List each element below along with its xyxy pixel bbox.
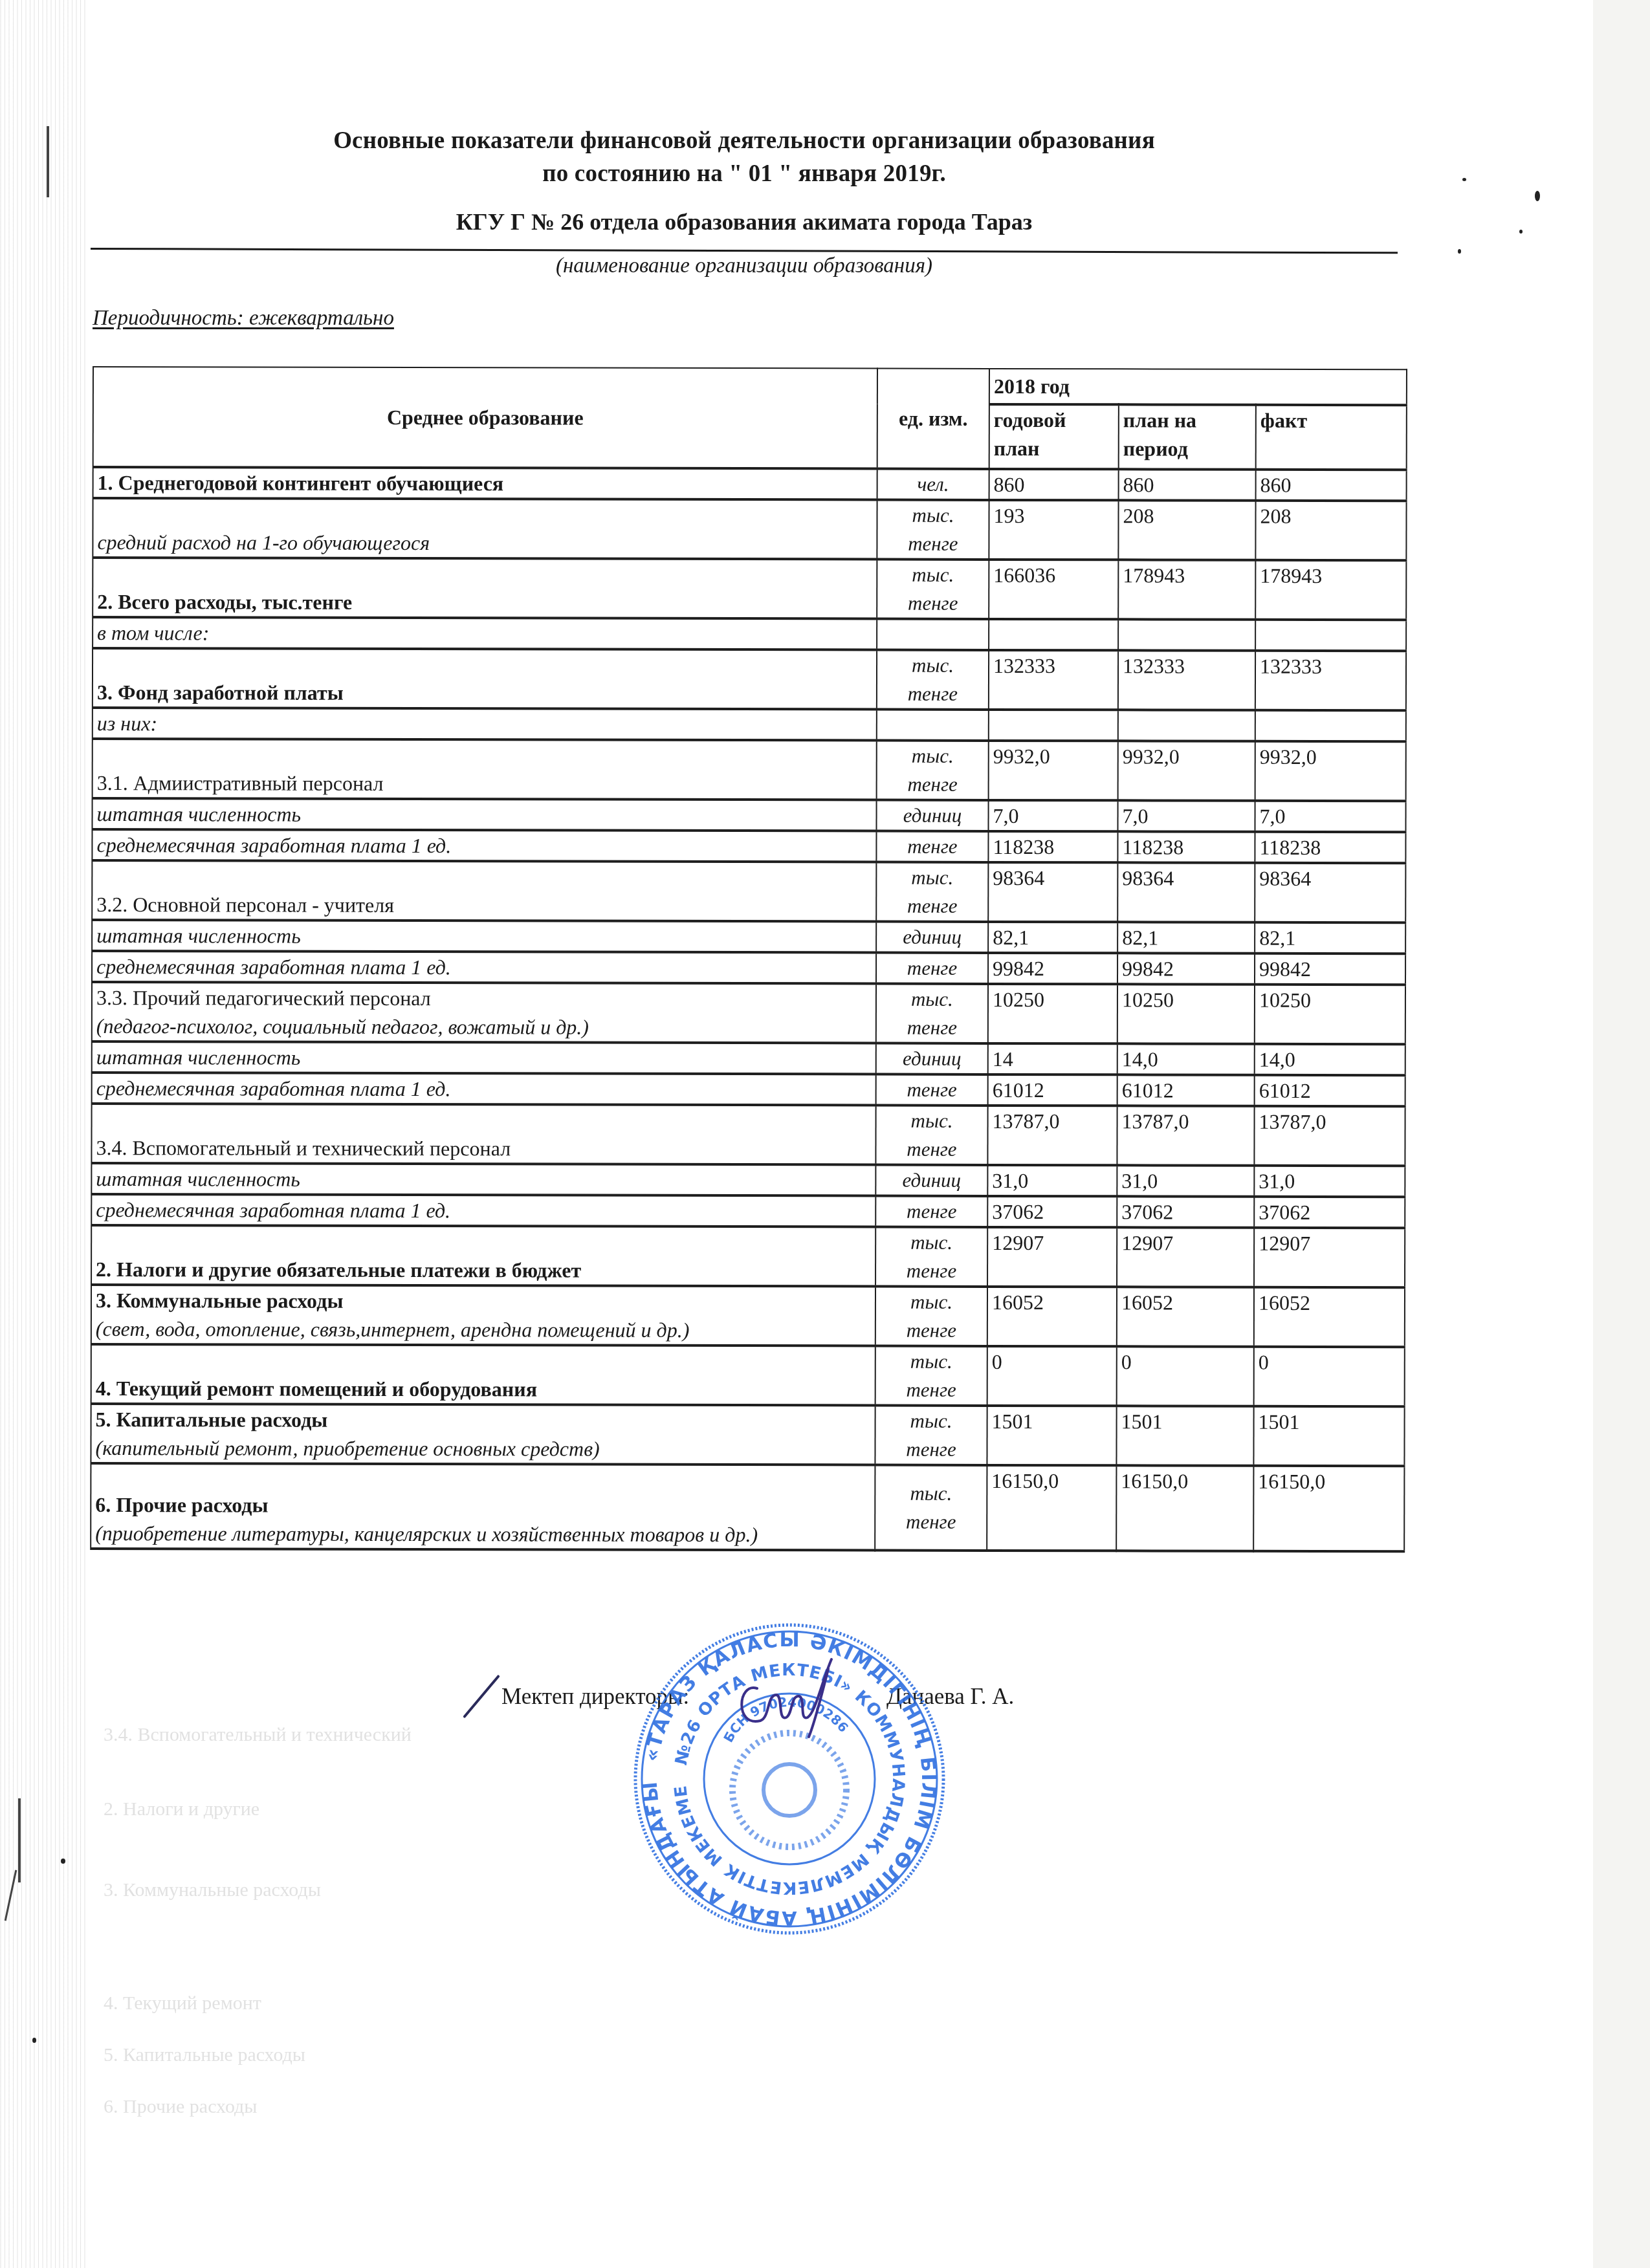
header-annual-plan: годовой план (989, 404, 1119, 469)
value-period-plan: 13787,0 (1117, 1106, 1254, 1165)
row-unit: тенге (876, 953, 988, 984)
row-label: 2. Всего расходы, тыс.тенге (93, 558, 877, 619)
row-label-text: 2. Всего расходы, тыс.тенге (97, 590, 352, 614)
organization-caption: (наименование организации образования) (0, 254, 1488, 278)
row-label: 3. Коммунальные расходы(свет, вода, отоп… (91, 1285, 875, 1346)
row-label-text: штатная численность (97, 802, 302, 826)
row-label: штатная численность (93, 798, 877, 831)
value-annual-plan: 193 (989, 500, 1118, 560)
row-unit: тыс. тенге (877, 500, 989, 560)
value-annual-plan: 9932,0 (989, 741, 1118, 800)
header-period-plan: план на период (1119, 404, 1256, 469)
value-period-plan: 12907 (1117, 1227, 1254, 1287)
value-actual: 12907 (1254, 1228, 1405, 1287)
row-unit: тыс. тенге (875, 1406, 987, 1465)
row-label: штатная численность (92, 1041, 876, 1074)
document-title: Основные показатели финансовой деятельно… (0, 127, 1488, 155)
value-actual: 860 (1256, 470, 1407, 501)
row-label-text: среднемесячная заработная плата 1 ед. (96, 1198, 450, 1222)
row-label: 3.2. Основной персонал - учителя (92, 860, 876, 922)
row-note: (свет, вода, отопление, связь,интернет, … (96, 1314, 871, 1345)
value-annual-plan: 37062 (987, 1196, 1117, 1227)
value-period-plan (1118, 710, 1255, 741)
row-unit: тенге (876, 1074, 988, 1106)
row-unit: тенге (875, 1196, 987, 1227)
value-actual: 1501 (1253, 1406, 1404, 1466)
value-period-plan: 61012 (1117, 1074, 1255, 1106)
row-unit: тенге (876, 831, 988, 862)
row-label-text: среднемесячная заработная плата 1 ед. (96, 833, 451, 857)
bleed-through-text: 2. Налоги и другие (104, 1798, 259, 1820)
value-actual: 37062 (1254, 1197, 1405, 1228)
row-label-text: средний расход на 1-го обучающегося (97, 530, 430, 554)
value-period-plan: 132333 (1118, 650, 1255, 710)
value-period-plan: 7,0 (1117, 800, 1255, 831)
value-annual-plan: 13787,0 (987, 1106, 1117, 1165)
table-row: в том числе: (93, 617, 1406, 651)
row-unit: единиц (875, 1165, 987, 1196)
value-annual-plan: 1501 (987, 1406, 1116, 1465)
value-period-plan: 118238 (1117, 831, 1255, 862)
scanned-page: 3.4. Вспомогательный и технический 2. На… (0, 0, 1593, 2268)
value-annual-plan: 118238 (988, 831, 1117, 862)
table-body: 1. Среднегодовой контингент обучающиесяч… (91, 467, 1407, 1551)
row-label: из них: (93, 708, 877, 741)
financial-indicators-table: Среднее образование ед. изм. 2018 год го… (90, 366, 1407, 1553)
scan-artifact (18, 1798, 21, 1882)
scanner-noise-strip (0, 0, 87, 2268)
table-row: штатная численностьединиц82,182,182,1 (92, 920, 1405, 954)
row-note: (педагог-психолог, социальный педагог, в… (96, 1012, 872, 1042)
table-row: штатная численностьединиц7,07,07,0 (93, 798, 1406, 832)
row-label: 6. Прочие расходы(приобретение литератур… (91, 1463, 875, 1551)
value-annual-plan: 0 (987, 1346, 1117, 1406)
row-label-text: штатная численность (96, 924, 301, 948)
row-unit: чел. (877, 469, 989, 500)
table-row: 4. Текущий ремонт помещений и оборудован… (91, 1344, 1405, 1406)
bleed-through-text: 5. Капитальные расходы (104, 2044, 305, 2066)
header-year: 2018 год (989, 369, 1407, 405)
value-actual: 82,1 (1255, 922, 1405, 954)
row-unit (877, 710, 989, 741)
row-label: 3. Фонд заработной платы (93, 648, 877, 710)
row-label-text: 3.2. Основной персонал - учителя (96, 893, 394, 917)
table-row: средний расход на 1-го обучающегосятыс. … (93, 498, 1406, 560)
row-label-text: 5. Капитальные расходы (96, 1408, 328, 1432)
value-annual-plan: 132333 (989, 650, 1118, 710)
table-row: среднемесячная заработная плата 1 ед.тен… (91, 1194, 1405, 1228)
row-label: в том числе: (93, 617, 877, 650)
row-label: среднемесячная заработная плата 1 ед. (91, 1194, 875, 1227)
periodicity-label: Периодичность: ежеквартально (93, 307, 394, 331)
value-annual-plan: 860 (989, 469, 1119, 500)
value-annual-plan: 16052 (987, 1287, 1117, 1346)
value-annual-plan: 98364 (988, 862, 1117, 922)
table-row: 3. Фонд заработной платытыс. тенге132333… (93, 648, 1406, 710)
row-label-text: 1. Среднегодовой контингент обучающиеся (98, 471, 504, 495)
value-annual-plan: 166036 (989, 560, 1118, 619)
table-row: среднемесячная заработная плата 1 ед.тен… (92, 951, 1405, 985)
table-row: из них: (93, 708, 1406, 741)
row-unit: тыс. тенге (877, 560, 989, 619)
value-period-plan: 178943 (1118, 560, 1255, 619)
row-label-text: 3. Коммунальные расходы (96, 1289, 343, 1313)
value-annual-plan: 14 (988, 1043, 1117, 1074)
value-period-plan: 0 (1117, 1346, 1254, 1406)
organization-underline (91, 248, 1398, 254)
table-row: 2. Всего расходы, тыс.тенгетыс. тенге166… (93, 558, 1406, 620)
row-unit: тыс. тенге (875, 1346, 987, 1406)
row-unit: тыс. тенге (875, 1106, 987, 1165)
row-unit: тыс. тенге (876, 984, 988, 1043)
value-actual: 31,0 (1254, 1166, 1405, 1197)
row-label: 5. Капитальные расходы(капительный ремон… (91, 1404, 875, 1465)
value-actual: 13787,0 (1254, 1106, 1405, 1166)
value-actual (1255, 620, 1406, 651)
row-label-text: 6. Прочие расходы (95, 1493, 268, 1517)
handwritten-signature-icon (731, 1656, 848, 1740)
value-actual: 132333 (1255, 651, 1406, 710)
row-label-text: штатная численность (96, 1167, 300, 1191)
bleed-through-text: 6. Прочие расходы (104, 2096, 258, 2118)
row-label: 3.1. Адмиистративный персонал (93, 739, 877, 800)
value-period-plan: 208 (1118, 500, 1255, 560)
value-actual: 16150,0 (1253, 1466, 1404, 1551)
row-unit: единиц (876, 922, 988, 953)
row-unit: тыс. тенге (877, 741, 989, 800)
row-label-text: среднемесячная заработная плата 1 ед. (96, 955, 451, 979)
row-unit: тыс. тенге (875, 1465, 987, 1551)
table-row: 3.3. Прочий педагогический персонал(педа… (92, 982, 1405, 1044)
value-period-plan: 16052 (1117, 1287, 1254, 1346)
row-label: штатная численность (92, 920, 876, 953)
value-period-plan: 9932,0 (1118, 741, 1255, 800)
row-unit: тыс. тенге (877, 650, 989, 710)
value-actual: 118238 (1255, 832, 1405, 863)
table-row: 1. Среднегодовой контингент обучающиесяч… (93, 467, 1407, 501)
table-row: 3.1. Адмиистративный персоналтыс. тенге9… (93, 739, 1406, 801)
value-period-plan: 37062 (1117, 1196, 1254, 1227)
table-row: 5. Капитальные расходы(капительный ремон… (91, 1404, 1404, 1466)
row-label-text: среднемесячная заработная плата 1 ед. (96, 1076, 451, 1100)
value-annual-plan: 12907 (987, 1227, 1117, 1287)
value-annual-plan (989, 619, 1118, 650)
row-label: среднемесячная заработная плата 1 ед. (92, 829, 876, 862)
value-actual: 61012 (1255, 1075, 1405, 1106)
row-unit: единиц (876, 800, 988, 831)
value-annual-plan: 7,0 (988, 800, 1117, 831)
row-unit: тыс. тенге (876, 862, 988, 922)
table-row: 6. Прочие расходы(приобретение литератур… (91, 1463, 1404, 1551)
value-actual: 14,0 (1255, 1044, 1405, 1075)
bleed-through-text: 3. Коммунальные расходы (104, 1879, 321, 1901)
row-label-text: 3.3. Прочий педагогический персонал (96, 986, 431, 1010)
value-annual-plan: 31,0 (987, 1165, 1117, 1196)
row-label-text: 3.4. Вспомогательный и технический персо… (96, 1136, 511, 1160)
pen-stroke (463, 1675, 500, 1719)
value-period-plan: 31,0 (1117, 1165, 1254, 1196)
row-label-text: 2. Налоги и другие обязательные платежи … (96, 1258, 581, 1282)
table-row: 3.2. Основной персонал - учителятыс. тен… (92, 860, 1405, 922)
value-period-plan: 82,1 (1117, 922, 1255, 953)
value-period-plan: 99842 (1117, 953, 1255, 984)
speck (61, 1859, 65, 1864)
value-actual: 16052 (1254, 1287, 1405, 1347)
row-unit: тыс. тенге (875, 1287, 987, 1346)
value-annual-plan: 82,1 (988, 922, 1117, 953)
bleed-through-text: 4. Текущий ремонт (104, 1992, 261, 2014)
speck (1519, 230, 1523, 234)
organization-name: КГУ Г № 26 отдела образования акимата го… (0, 208, 1488, 235)
speck (1535, 191, 1540, 201)
table-row: 3. Коммунальные расходы(свет, вода, отоп… (91, 1285, 1405, 1347)
table-row: 3.4. Вспомогательный и технический персо… (91, 1104, 1405, 1166)
value-period-plan: 98364 (1117, 862, 1255, 922)
value-period-plan: 16150,0 (1116, 1465, 1253, 1551)
row-label: 1. Среднегодовой контингент обучающиеся (93, 467, 877, 500)
speck (32, 2038, 36, 2043)
table-row: среднемесячная заработная плата 1 ед.тен… (92, 829, 1405, 863)
value-annual-plan: 61012 (988, 1074, 1117, 1106)
value-actual: 10250 (1255, 985, 1405, 1044)
value-actual: 208 (1255, 501, 1406, 560)
value-period-plan: 1501 (1116, 1406, 1253, 1465)
row-label: среднемесячная заработная плата 1 ед. (92, 951, 876, 984)
value-period-plan: 14,0 (1117, 1043, 1255, 1074)
value-actual: 99842 (1255, 954, 1405, 985)
value-annual-plan (989, 710, 1118, 741)
value-actual: 9932,0 (1255, 741, 1406, 801)
value-actual: 98364 (1255, 863, 1405, 922)
value-actual: 0 (1254, 1347, 1405, 1406)
value-actual: 7,0 (1255, 801, 1405, 832)
header-unit: ед. изм. (877, 369, 989, 469)
row-label: 2. Налоги и другие обязательные платежи … (91, 1225, 875, 1287)
row-label-text: в том числе: (97, 621, 209, 644)
row-label: 4. Текущий ремонт помещений и оборудован… (91, 1344, 875, 1406)
row-unit: единиц (876, 1043, 988, 1074)
value-period-plan (1118, 619, 1255, 650)
table-row: штатная численностьединиц1414,014,0 (92, 1041, 1405, 1075)
row-label-text: 4. Текущий ремонт помещений и оборудован… (96, 1377, 537, 1401)
speck (1458, 249, 1461, 254)
row-label: 3.4. Вспомогательный и технический персо… (91, 1104, 875, 1165)
row-label-text: штатная численность (96, 1045, 301, 1069)
value-period-plan: 10250 (1117, 984, 1255, 1043)
document-date: по состоянию на " 01 " января 2019г. (0, 160, 1488, 188)
table-row: среднемесячная заработная плата 1 ед.тен… (92, 1073, 1405, 1106)
header-actual: факт (1256, 405, 1407, 470)
value-annual-plan: 16150,0 (987, 1465, 1116, 1551)
value-annual-plan: 10250 (988, 984, 1117, 1043)
row-label: средний расход на 1-го обучающегося (93, 498, 877, 560)
value-period-plan: 860 (1119, 469, 1256, 500)
value-annual-plan: 99842 (988, 953, 1117, 984)
row-unit (877, 619, 989, 650)
row-label-text: из них: (97, 712, 157, 735)
row-note: (приобретение литературы, канцелярских и… (95, 1519, 870, 1549)
row-note: (капительный ремонт, приобретение основн… (95, 1434, 870, 1464)
row-label: штатная численность (91, 1163, 875, 1196)
table-row: штатная численностьединиц31,031,031,0 (91, 1163, 1405, 1197)
bleed-through-text: 3.4. Вспомогательный и технический (104, 1724, 412, 1746)
row-label-text: 3. Фонд заработной платы (97, 681, 344, 704)
row-unit: тыс. тенге (875, 1227, 987, 1287)
value-actual: 178943 (1255, 560, 1406, 620)
header-main: Среднее образование (93, 367, 877, 469)
table-row: 2. Налоги и другие обязательные платежи … (91, 1225, 1405, 1287)
row-label: 3.3. Прочий педагогический персонал(педа… (92, 982, 876, 1043)
row-label: среднемесячная заработная плата 1 ед. (92, 1073, 876, 1106)
row-label-text: 3.1. Адмиистративный персонал (97, 771, 384, 795)
value-actual (1255, 710, 1406, 741)
